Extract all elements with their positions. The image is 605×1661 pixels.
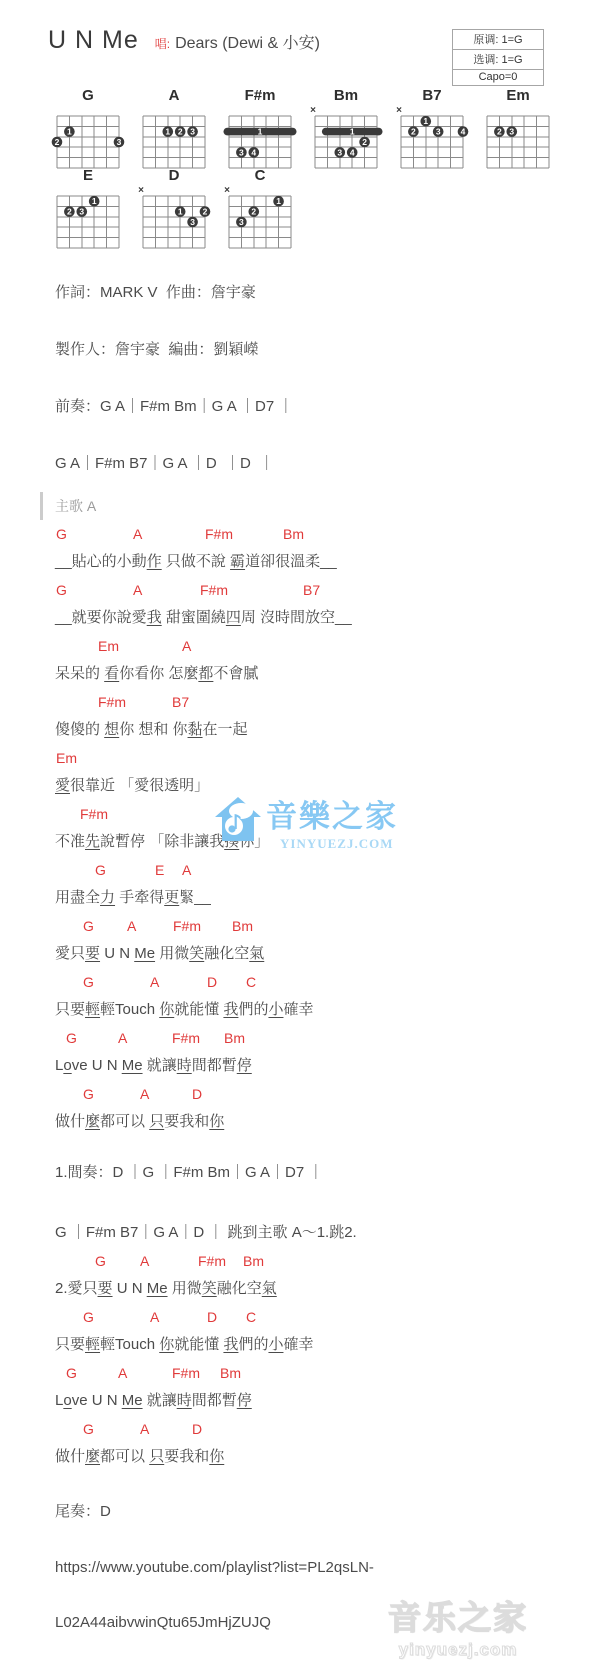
chord-label: A: [182, 856, 191, 884]
lyric-segment: 你看你 怎麼: [119, 665, 198, 682]
lyric-segment: 做什: [55, 1113, 85, 1130]
svg-text:1: 1: [92, 196, 97, 206]
muted-string-mark: ×: [310, 105, 316, 116]
lyric-segment: 就讓: [143, 1057, 177, 1074]
chord-grid: ×123: [222, 184, 298, 251]
lyric-segment-underlined: 要: [85, 945, 100, 962]
chord-label: D: [192, 1080, 202, 1108]
chord-diagram-row-2: E123D×123C×123: [50, 168, 308, 251]
chord-line: GAF#mB7: [55, 576, 605, 604]
chord-grid: 123: [136, 104, 212, 171]
chord-label: G: [83, 912, 94, 940]
chord-label: Bm: [232, 912, 253, 940]
lyric-segment-underlined: o: [63, 1057, 71, 1074]
lyric-segment: 甜蜜圍繞: [162, 609, 226, 626]
lyric-segment-underlined: o: [63, 1392, 71, 1409]
svg-text:2: 2: [251, 207, 256, 217]
lyric-segment-underlined: 我: [147, 609, 162, 626]
page-header: U N Me 唱: Dears (Dewi & 小安): [48, 26, 320, 55]
chord-grid: 23: [480, 104, 556, 171]
chord-label: F#m: [205, 520, 233, 548]
lyric-segment: 用盡全: [55, 889, 100, 906]
lyric-segment-underlined: 輕: [85, 1336, 100, 1353]
svg-text:1: 1: [276, 196, 281, 206]
chord-name: E: [50, 168, 126, 184]
lyric-segment: 就讓: [143, 1392, 177, 1409]
chord-name: D: [136, 168, 212, 184]
chord-label: F#m: [80, 800, 108, 828]
chord-grid: 123: [50, 104, 126, 171]
svg-text:2: 2: [362, 137, 367, 147]
svg-text:2: 2: [203, 207, 208, 217]
chord-label: E: [155, 856, 164, 884]
chord-label: F#m: [172, 1359, 200, 1387]
lyric-segment-underlined: 麼: [85, 1448, 100, 1465]
lyric-segment-underlined: Me: [122, 1057, 143, 1074]
lyric-segment: 呆呆的: [55, 665, 104, 682]
chord-line: GADC: [55, 968, 605, 996]
chord-label: Bm: [220, 1359, 241, 1387]
lyric-segment-underlined: 你: [209, 1113, 224, 1130]
svg-text:3: 3: [190, 217, 195, 227]
svg-text:4: 4: [251, 147, 256, 157]
lyric-segment: 間都暫: [192, 1057, 237, 1074]
lyric-line: 愛只要 U N Me 用微笑融化空氣: [55, 940, 605, 968]
svg-text:1: 1: [165, 127, 170, 137]
chord-line: GAD: [55, 1415, 605, 1443]
lyric-segment-underlined: 只: [149, 1448, 164, 1465]
meta-line: 製作人：詹宇豪 編曲：劉穎嶸: [55, 336, 605, 364]
chord-line: GEA: [55, 856, 605, 884]
lyric-segment: 不會膩: [213, 665, 258, 682]
lyric-segment: 手牽得: [115, 889, 164, 906]
lyric-segment-underlined: 時: [177, 1057, 192, 1074]
lyric-segment-underlined: 氣: [262, 1280, 277, 1297]
chord-grid: ×123: [136, 184, 212, 251]
chord-line: GAF#mBm: [55, 1247, 605, 1275]
svg-text:3: 3: [509, 127, 514, 137]
lyric-segment: 只要: [55, 1336, 85, 1353]
lyric-line: 做什麼都可以 只要我和你: [55, 1443, 605, 1471]
chord-name: Em: [480, 88, 556, 104]
svg-text:3: 3: [337, 147, 342, 157]
chord-diagram-F#m: F#m134: [222, 88, 298, 171]
chord-label: G: [56, 520, 67, 548]
chord-label: G: [56, 576, 67, 604]
chord-line: Em: [55, 744, 605, 772]
chord-diagram-Bm: Bm×1234: [308, 88, 384, 171]
lyric-segment: 確幸: [283, 1001, 313, 1018]
lyric-segment-underlined: 看: [104, 665, 119, 682]
chord-grid: 123: [50, 184, 126, 251]
chord-label: D: [192, 1415, 202, 1443]
chord-label: A: [127, 912, 136, 940]
svg-text:2: 2: [497, 127, 502, 137]
lyric-segment-underlined: 笑: [189, 945, 204, 962]
chord-label: F#m: [173, 912, 201, 940]
lyric-segment-underlined: 麼: [85, 1113, 100, 1130]
chord-diagram-D: D×123: [136, 168, 212, 251]
lyric-segment-underlined: 停: [237, 1392, 252, 1409]
lyric-segment-underlined: 時: [177, 1392, 192, 1409]
lyric-segment: 用微: [168, 1280, 202, 1297]
chord-label: A: [150, 1303, 159, 1331]
meta-line: G A｜F#m B7｜G A ｜D ｜D ｜: [55, 450, 605, 478]
chord-grid: ×1234: [308, 104, 384, 171]
original-key: 原调: 1=G: [452, 29, 544, 50]
chord-diagram-C: C×123: [222, 168, 298, 251]
chord-label: A: [182, 632, 191, 660]
chord-label: A: [133, 576, 142, 604]
chord-diagram-G: G123: [50, 88, 126, 171]
lyric-segment: 輕Touch: [100, 1336, 159, 1353]
lyric-segment: __就要你說愛: [55, 609, 147, 626]
lyric-line: 只要輕輕Touch 你就能懂 我們的小確幸: [55, 1331, 605, 1359]
svg-text:1: 1: [178, 207, 183, 217]
lyric-line: Love U N Me 就讓時間都暫停: [55, 1052, 605, 1080]
chord-line: GAF#mBm: [55, 1024, 605, 1052]
svg-text:2: 2: [55, 137, 60, 147]
lyric-segment-underlined: 只: [149, 1113, 164, 1130]
chord-name: A: [136, 88, 212, 104]
chord-label: Bm: [283, 520, 304, 548]
sing-label: 唱:: [155, 35, 170, 52]
svg-text:2: 2: [67, 207, 72, 217]
lyric-segment-underlined: Me: [122, 1392, 143, 1409]
svg-text:4: 4: [461, 127, 466, 137]
lyric-segment: 就能懂: [174, 1001, 223, 1018]
chord-name: C: [222, 168, 298, 184]
song-body: 作詞：MARK V 作曲：詹宇豪製作人：詹宇豪 編曲：劉穎嶸前奏：G A｜F#m…: [0, 279, 605, 1637]
lyric-segment: U N: [100, 945, 134, 962]
meta-line: 前奏：G A｜F#m Bm｜G A ｜D7 ｜: [55, 393, 605, 421]
lyric-line: 用盡全力 手牽得更緊__: [55, 884, 605, 912]
chord-grid: ×1234: [394, 104, 470, 171]
lyric-segment: 都可以: [100, 1113, 149, 1130]
chord-label: G: [95, 1247, 106, 1275]
chord-label: G: [95, 856, 106, 884]
selected-key: 选调: 1=G: [452, 49, 544, 70]
svg-text:3: 3: [239, 147, 244, 157]
lyric-segment-underlined: 輕: [85, 1001, 100, 1018]
chord-diagram-Em: Em23: [480, 88, 556, 171]
section-header: 主歌 A: [40, 492, 605, 520]
lyric-segment-underlined: 黏: [188, 721, 203, 738]
svg-text:3: 3: [190, 127, 195, 137]
lyric-segment: 要我和: [164, 1448, 209, 1465]
chord-name: B7: [394, 88, 470, 104]
chord-label: F#m: [98, 688, 126, 716]
lyric-segment-underlined: 我: [223, 1336, 238, 1353]
lyric-segment-underlined: 愛: [55, 777, 70, 794]
lyric-segment-underlined: 氣: [249, 945, 264, 962]
svg-text:4: 4: [350, 147, 355, 157]
lyric-segment-underlined: 我: [223, 1001, 238, 1018]
chord-grid: 134: [222, 104, 298, 171]
chord-label: A: [118, 1359, 127, 1387]
chord-label: D: [207, 968, 217, 996]
chord-line: GAD: [55, 1080, 605, 1108]
lyric-segment: 間都暫: [192, 1392, 237, 1409]
chord-diagram-A: A123: [136, 88, 212, 171]
lyric-segment-underlined: 作: [147, 553, 162, 570]
lyric-line: Love U N Me 就讓時間都暫停: [55, 1387, 605, 1415]
lyric-segment: 2.愛只: [55, 1280, 98, 1297]
svg-text:3: 3: [79, 207, 84, 217]
key-info-box: 原调: 1=G 选调: 1=G Capo=0: [452, 30, 544, 86]
lyric-segment-underlined: 要: [98, 1280, 113, 1297]
chord-label: Bm: [224, 1024, 245, 1052]
lyric-segment: 輕Touch: [100, 1001, 159, 1018]
lyric-segment: 融化空: [217, 1280, 262, 1297]
meta-line: 作詞：MARK V 作曲：詹宇豪: [55, 279, 605, 307]
lyric-line: __貼心的小動作 只做不說 霸道卻很溫柔__: [55, 548, 605, 576]
chord-line: F#mB7: [55, 688, 605, 716]
lyric-segment-underlined: 霸: [230, 553, 245, 570]
lyric-segment: 在一起: [203, 721, 248, 738]
lyric-segment: 愛只: [55, 945, 85, 962]
chord-diagram-E: E123: [50, 168, 126, 251]
chord-line: GAF#mBm: [55, 1359, 605, 1387]
lyric-segment: 傻傻的: [55, 721, 104, 738]
lyric-line: 只要輕輕Touch 你就能懂 我們的小確幸: [55, 996, 605, 1024]
chord-line: GADC: [55, 1303, 605, 1331]
lyric-segment: 就能懂: [174, 1336, 223, 1353]
chord-name: Bm: [308, 88, 384, 104]
lyric-segment-underlined: 先: [85, 833, 100, 850]
chord-label: C: [246, 968, 256, 996]
chord-line: GAF#mBm: [55, 912, 605, 940]
lyric-line: 2.愛只要 U N Me 用微笑融化空氣: [55, 1275, 605, 1303]
lyric-segment: 很靠近 「愛很透明」: [70, 777, 209, 794]
lyric-line: 做什麼都可以 只要我和你: [55, 1108, 605, 1136]
svg-text:1: 1: [258, 127, 263, 137]
lyric-segment: 用微: [155, 945, 189, 962]
lyric-line: 愛很靠近 「愛很透明」: [55, 772, 605, 800]
chord-label: F#m: [172, 1024, 200, 1052]
chord-label: Em: [56, 744, 77, 772]
lyric-segment: __貼心的小動: [55, 553, 147, 570]
chord-label: A: [150, 968, 159, 996]
chord-label: Bm: [243, 1247, 264, 1275]
lyric-segment: 融化空: [204, 945, 249, 962]
chord-label: G: [66, 1024, 77, 1052]
lyric-segment: 們的: [238, 1336, 268, 1353]
lyric-segment-underlined: 停: [237, 1057, 252, 1074]
meta-line: 1.間奏：D ｜G ｜F#m Bm｜G A｜D7 ｜: [55, 1159, 605, 1187]
lyric-segment: 周 沒時間放空__: [241, 609, 352, 626]
svg-text:2: 2: [178, 127, 183, 137]
lyric-segment: 做什: [55, 1448, 85, 1465]
lyric-segment: 們的: [238, 1001, 268, 1018]
lyric-segment-underlined: 笑: [202, 1280, 217, 1297]
chord-label: B7: [303, 576, 320, 604]
chord-label: G: [83, 1303, 94, 1331]
lyric-segment: 只要: [55, 1001, 85, 1018]
lyric-segment-underlined: 你: [209, 1448, 224, 1465]
artist-name: Dears (Dewi & 小安): [175, 30, 320, 53]
meta-line: G ｜F#m B7｜G A｜D ｜ 跳到主歌 A～1.跳2.: [55, 1219, 605, 1247]
lyric-segment-underlined: 更: [164, 889, 179, 906]
chord-label: A: [140, 1415, 149, 1443]
lyric-segment-underlined: 都: [198, 665, 213, 682]
svg-text:1: 1: [67, 127, 72, 137]
muted-string-mark: ×: [396, 105, 402, 116]
chord-label: D: [207, 1303, 217, 1331]
lyric-segment: 都可以: [100, 1448, 149, 1465]
chord-label: G: [83, 968, 94, 996]
muted-string-mark: ×: [138, 185, 144, 196]
lyric-segment-underlined: Me: [134, 945, 155, 962]
chord-label: B7: [172, 688, 189, 716]
svg-text:3: 3: [436, 127, 441, 137]
corner-watermark-site: yinyuezj.com: [388, 1640, 528, 1660]
chord-label: F#m: [198, 1247, 226, 1275]
lyric-segment: 你 想和 你: [119, 721, 187, 738]
chord-label: A: [140, 1247, 149, 1275]
svg-text:2: 2: [411, 127, 416, 137]
lyric-segment: 緊__: [179, 889, 211, 906]
svg-text:1: 1: [423, 116, 428, 126]
lyric-segment: ve U N: [72, 1392, 122, 1409]
svg-text:3: 3: [239, 217, 244, 227]
lyric-segment: 確幸: [283, 1336, 313, 1353]
svg-text:3: 3: [117, 137, 122, 147]
chord-label: A: [118, 1024, 127, 1052]
chord-sheet-page: U N Me 唱: Dears (Dewi & 小安) 原调: 1=G 选调: …: [0, 0, 605, 1661]
lyric-segment-underlined: 四: [226, 609, 241, 626]
lyric-segment: 說暫停 「除非讓我: [100, 833, 224, 850]
chord-name: G: [50, 88, 126, 104]
meta-line: 尾奏：D: [55, 1498, 605, 1526]
chord-label: A: [140, 1080, 149, 1108]
lyric-line: 不准先說暫停 「除非讓我揍你」: [55, 828, 605, 856]
lyric-segment: 要我和: [164, 1113, 209, 1130]
chord-line: F#m: [55, 800, 605, 828]
lyric-segment: U N: [113, 1280, 147, 1297]
lyric-segment: ve U N: [72, 1057, 122, 1074]
chord-name: F#m: [222, 88, 298, 104]
chord-line: EmA: [55, 632, 605, 660]
capo-setting: Capo=0: [452, 69, 544, 86]
song-title: U N Me: [48, 26, 139, 55]
chord-label: G: [83, 1080, 94, 1108]
chord-label: G: [83, 1415, 94, 1443]
lyric-segment-underlined: 你: [159, 1001, 174, 1018]
chord-label: G: [66, 1359, 77, 1387]
lyric-segment: 不准: [55, 833, 85, 850]
lyric-segment-underlined: 你: [159, 1336, 174, 1353]
svg-text:1: 1: [350, 127, 355, 137]
chord-label: F#m: [200, 576, 228, 604]
lyric-segment-underlined: 想: [104, 721, 119, 738]
meta-line: https://www.youtube.com/playlist?list=PL…: [55, 1554, 605, 1582]
chord-line: GAF#mBm: [55, 520, 605, 548]
chord-label: A: [133, 520, 142, 548]
lyric-line: __就要你說愛我 甜蜜圍繞四周 沒時間放空__: [55, 604, 605, 632]
chord-diagram-B7: B7×1234: [394, 88, 470, 171]
lyric-segment: 你」: [239, 833, 269, 850]
chord-diagram-row-1: G123A123F#m134Bm×1234B7×1234Em23: [50, 88, 566, 171]
lyric-segment-underlined: 力: [100, 889, 115, 906]
lyric-segment-underlined: 小: [268, 1001, 283, 1018]
lyric-segment: 只做不說: [162, 553, 230, 570]
meta-line: L02A44aibvwinQtu65JmHjZUJQ: [55, 1609, 605, 1637]
lyric-segment-underlined: Me: [147, 1280, 168, 1297]
lyric-segment-underlined: 小: [268, 1336, 283, 1353]
lyric-line: 呆呆的 看你看你 怎麼都不會膩: [55, 660, 605, 688]
chord-label: C: [246, 1303, 256, 1331]
chord-label: Em: [98, 632, 119, 660]
muted-string-mark: ×: [224, 185, 230, 196]
lyric-segment-underlined: 揍: [224, 833, 239, 850]
lyric-line: 傻傻的 想你 想和 你黏在一起: [55, 716, 605, 744]
lyric-segment: 道卻很溫柔__: [245, 553, 337, 570]
